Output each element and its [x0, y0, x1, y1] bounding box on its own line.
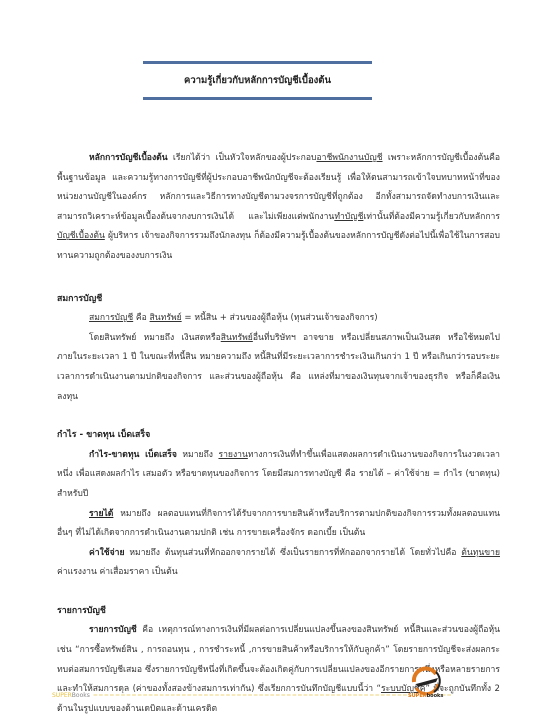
link-cost-of-sales[interactable]: ต้นทุนขาย	[461, 548, 500, 558]
profit-paragraph: กำไร-ขาดทุน เบ็ดเสร็จ หมายถึง รายงานทางก…	[57, 446, 500, 505]
link-assets[interactable]: สินทรัพย์	[150, 313, 182, 323]
title-box: ความรู้เกี่ยวกับหลักการบัญชีเบื้องต้น	[143, 61, 372, 100]
equation-paragraph: โดยสินทรัพย์ หมายถึง เงินสดหรือสินทรัพย์…	[57, 329, 500, 407]
document-body: หลักการบัญชีเบื้องต้น เรียกได้ว่า เป็นหั…	[57, 149, 500, 714]
link-basic-accounting[interactable]: บัญชีเบื้องต้น	[57, 231, 105, 241]
footer-brand-super: SUPER	[52, 692, 72, 699]
profit-term: กำไร-ขาดทุน เบ็ดเสร็จ	[89, 450, 177, 460]
link-accountant-career[interactable]: อาชีพนักงานบัญชี	[316, 153, 382, 163]
intro-text: ผู้บริหาร เจ้าของกิจการรวมถึงนักลงทุน ก็…	[57, 231, 500, 261]
intro-lead: หลักการบัญชีเบื้องต้น	[89, 153, 168, 163]
expense-text: ค่าแรงงาน ค่าเสื่อมราคา เป็นต้น	[57, 567, 178, 577]
logo-wordmark: SUPERbooks	[408, 693, 443, 699]
expense-paragraph: ค่าใช้จ่าย หมายถึง ต้นทุนส่วนที่หักออกจา…	[57, 544, 500, 583]
footer-bar: SUPERBooks==============================…	[52, 688, 452, 702]
link-report[interactable]: รายงาน	[218, 450, 247, 460]
link-accounting-equation[interactable]: สมการบัญชี	[89, 313, 133, 323]
equation-text: = หนี้สิน + ส่วนของผู้ถือหุ้น (ทุนส่วนเจ…	[182, 313, 378, 323]
intro-text: เท่านั้นที่ต้องมีความรู้เกี่ยวกับหลักการ	[363, 212, 500, 222]
section-heading-profit: กำไร - ขาดทุน เบ็ดเสร็จ	[57, 426, 500, 446]
expense-text: หมายถึง ต้นทุนส่วนที่หักออกจากรายได้ ซึ่…	[125, 548, 462, 558]
footer-brand-books: Books	[72, 692, 90, 699]
link-bookkeeping[interactable]: ทำบัญชี	[334, 212, 363, 222]
equation-line: สมการบัญชี คือ สินทรัพย์ = หนี้สิน + ส่ว…	[57, 309, 500, 329]
section-heading-transactions: รายการบัญชี	[57, 602, 500, 622]
page-title: ความรู้เกี่ยวกับหลักการบัญชีเบื้องต้น	[184, 73, 331, 88]
revenue-paragraph: รายได้ หมายถึง ผลตอบแทนที่กิจการได้รับจา…	[57, 505, 500, 544]
intro-paragraph: หลักการบัญชีเบื้องต้น เรียกได้ว่า เป็นหั…	[57, 149, 500, 267]
section-heading-equation: สมการบัญชี	[57, 290, 500, 310]
equation-text: อื่นที่บริษัทฯ อาจขาย หรือเปลี่ยนสภาพเป็…	[57, 333, 500, 402]
link-assets-2[interactable]: สินทรัพย์	[221, 333, 253, 343]
logo-books: books	[427, 693, 444, 699]
footer-divider: ========================================…	[93, 692, 452, 699]
equation-text: คือ	[133, 313, 149, 323]
revenue-text: หมายถึง ผลตอบแทนที่กิจการได้รับจากการขาย…	[57, 509, 500, 539]
profit-text: หมายถึง	[177, 450, 219, 460]
intro-text: เรียกได้ว่า เป็นหัวใจหลักของผู้ประกอบ	[168, 153, 317, 163]
logo-super: SUPER	[408, 693, 427, 699]
expense-term: ค่าใช้จ่าย	[89, 548, 125, 558]
equation-text: โดยสินทรัพย์ หมายถึง เงินสดหรือ	[89, 333, 221, 343]
transactions-term: รายการบัญชี	[89, 625, 137, 635]
document-page: ความรู้เกี่ยวกับหลักการบัญชีเบื้องต้น หล…	[0, 0, 559, 714]
link-revenue[interactable]: รายได้	[89, 509, 113, 519]
